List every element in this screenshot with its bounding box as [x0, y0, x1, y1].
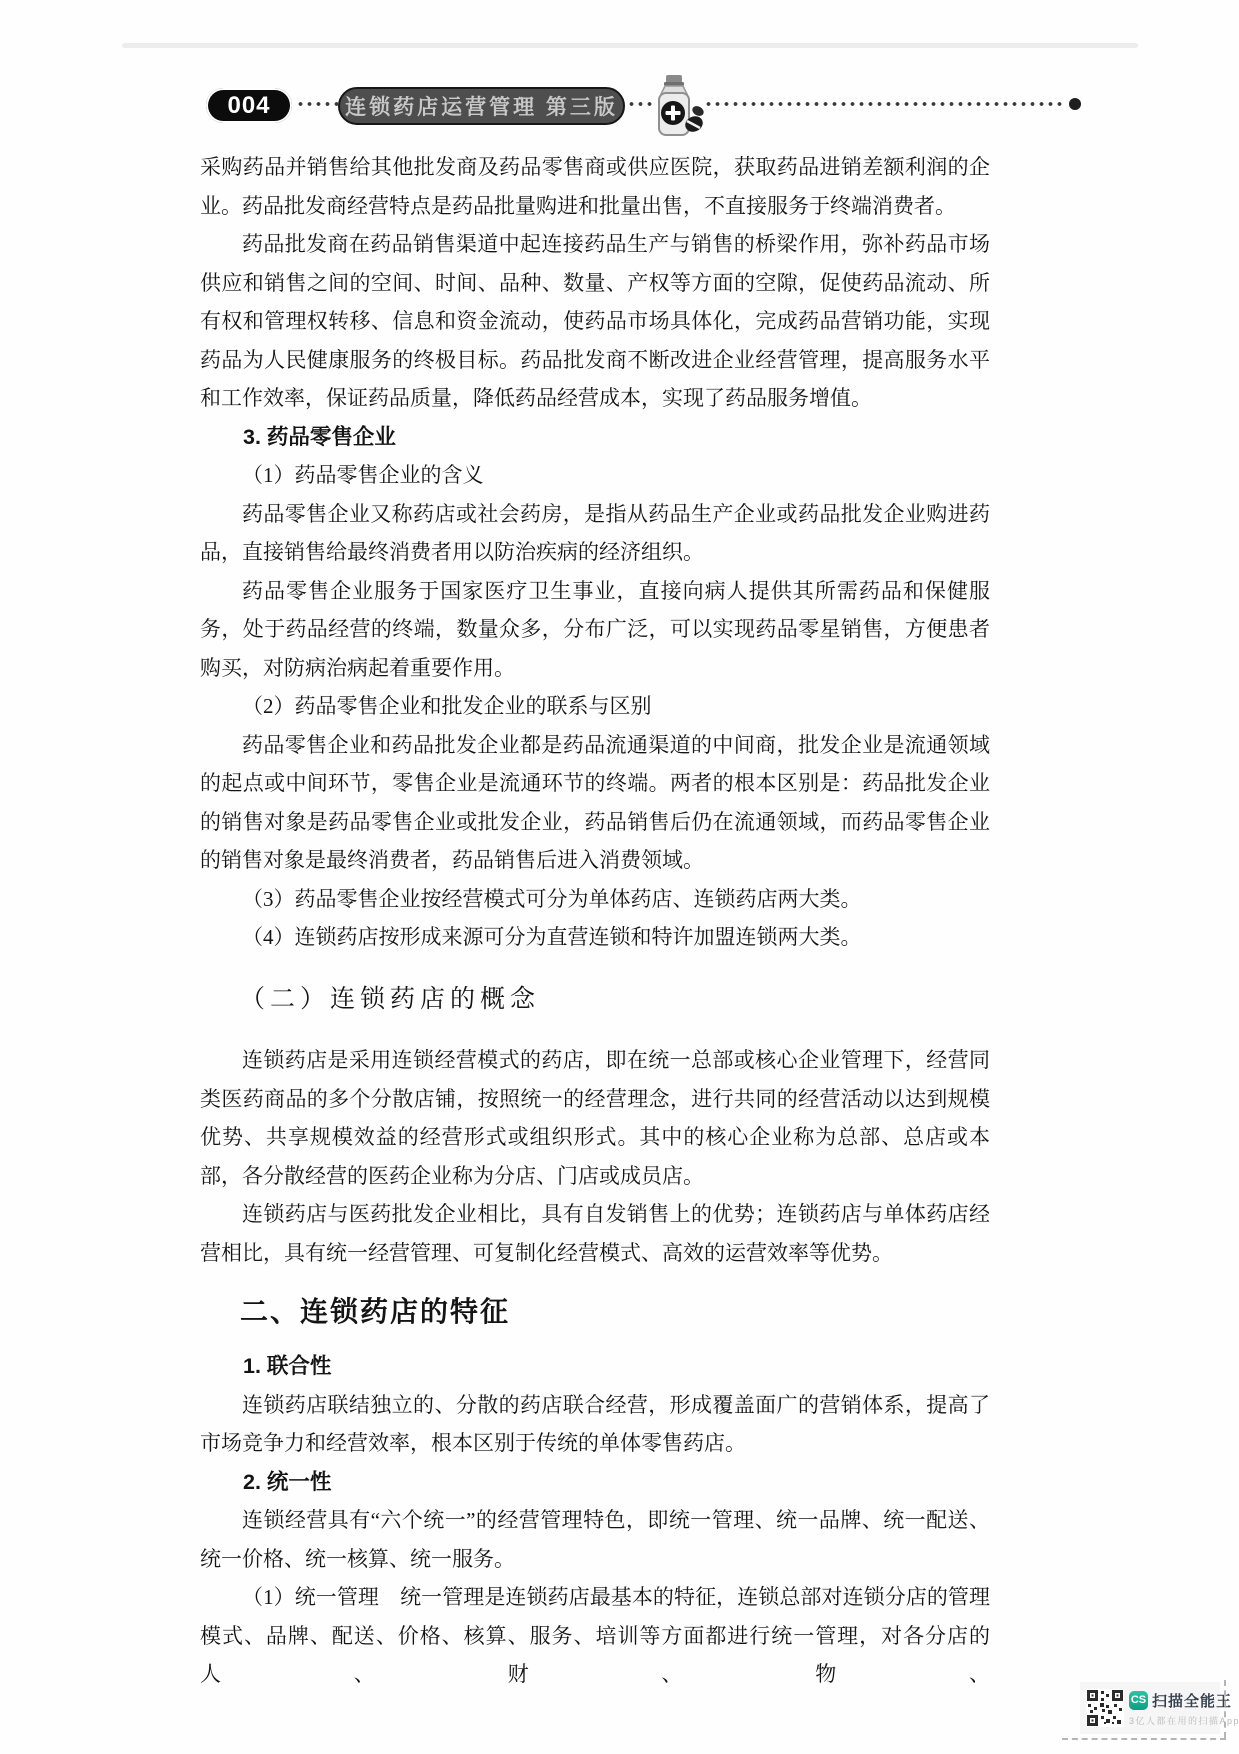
- paragraph-unified-management: （1）统一管理 统一管理是连锁药店最基本的特征，连锁总部对连锁分店的管理模式、品…: [200, 1578, 990, 1694]
- heading-uniformity: 2. 统一性: [200, 1463, 990, 1502]
- heading-unity: 1. 联合性: [200, 1347, 990, 1386]
- medicine-bottle-icon: [650, 74, 706, 140]
- header-dotted-line: [704, 100, 1066, 108]
- page-number: 004: [227, 92, 270, 120]
- paragraph-retail-definition-label: （1）药品零售企业的含义: [200, 456, 990, 495]
- heading-chain-concept: （二）连锁药店的概念: [200, 981, 990, 1020]
- heading-chain-characteristics: 二、连锁药店的特征: [200, 1291, 990, 1333]
- paragraph-wholesaler-role: 药品批发商在药品销售渠道中起连接药品生产与销售的桥梁作用，弥补药品市场供应和销售…: [200, 225, 990, 418]
- paragraph-wholesaler-continued: 采购药品并销售给其他批发商及药品零售商或供应医院，获取药品进销差额利润的企业。药…: [200, 148, 990, 225]
- heading-retail-enterprise: 3. 药品零售企业: [200, 418, 990, 457]
- book-title: 连锁药店运营管理 第三版: [345, 91, 618, 121]
- camscanner-logo-text: CS: [1131, 1694, 1146, 1706]
- page-number-badge: 004: [206, 88, 292, 123]
- scan-artifact: [122, 43, 1138, 48]
- paragraph-retail-definition: 药品零售企业又称药店或社会药房，是指从药品生产企业或药品批发企业购进药品，直接销…: [200, 495, 990, 572]
- header-end-dot: [1069, 98, 1081, 110]
- paragraph-chain-advantages: 连锁药店与医药批发企业相比，具有自发销售上的优势；连锁药店与单体药店经营相比，具…: [200, 1195, 990, 1272]
- crop-mark-horizontal: [1062, 1738, 1226, 1740]
- page-body: 采购药品并销售给其他批发商及药品零售商或供应医院，获取药品进销差额利润的企业。药…: [200, 148, 990, 1694]
- camscanner-tagline: 3亿人都在用的扫描App: [1129, 1714, 1239, 1727]
- camscanner-watermark: CS 扫描全能王 3亿人都在用的扫描App: [1080, 1682, 1220, 1734]
- paragraph-retail-vs-wholesale-label: （2）药品零售企业和批发企业的联系与区别: [200, 687, 990, 726]
- book-page: 004 连锁药店运营管理 第三版 采购药品并销售给其他批发商及药品零售商或供应: [0, 0, 1239, 1754]
- paragraph-uniformity: 连锁经营具有“六个统一”的经营管理特色，即统一管理、统一品牌、统一配送、统一价格…: [200, 1501, 990, 1578]
- crop-mark-vertical: [1224, 1680, 1226, 1738]
- book-title-capsule: 连锁药店运营管理 第三版: [338, 87, 625, 125]
- paragraph-retail-vs-wholesale: 药品零售企业和药品批发企业都是药品流通渠道的中间商，批发企业是流通领域的起点或中…: [200, 726, 990, 880]
- camscanner-app-name: 扫描全能王: [1152, 1690, 1232, 1711]
- paragraph-chain-classification: （4）连锁药店按形成来源可分为直营连锁和特许加盟连锁两大类。: [200, 918, 990, 957]
- paragraph-unity: 连锁药店联结独立的、分散的药店联合经营，形成覆盖面广的营销体系，提高了市场竞争力…: [200, 1386, 990, 1463]
- paragraph-retail-service: 药品零售企业服务于国家医疗卫生事业，直接向病人提供其所需药品和保健服务，处于药品…: [200, 572, 990, 688]
- qr-code: [1086, 1689, 1124, 1727]
- header-dotted-line: [296, 100, 338, 108]
- camscanner-logo-icon: CS: [1129, 1691, 1148, 1710]
- paragraph-retail-classification: （3）药品零售企业按经营模式可分为单体药店、连锁药店两大类。: [200, 880, 990, 919]
- paragraph-chain-definition: 连锁药店是采用连锁经营模式的药店，即在统一总部或核心企业管理下，经营同类医药商品…: [200, 1041, 990, 1195]
